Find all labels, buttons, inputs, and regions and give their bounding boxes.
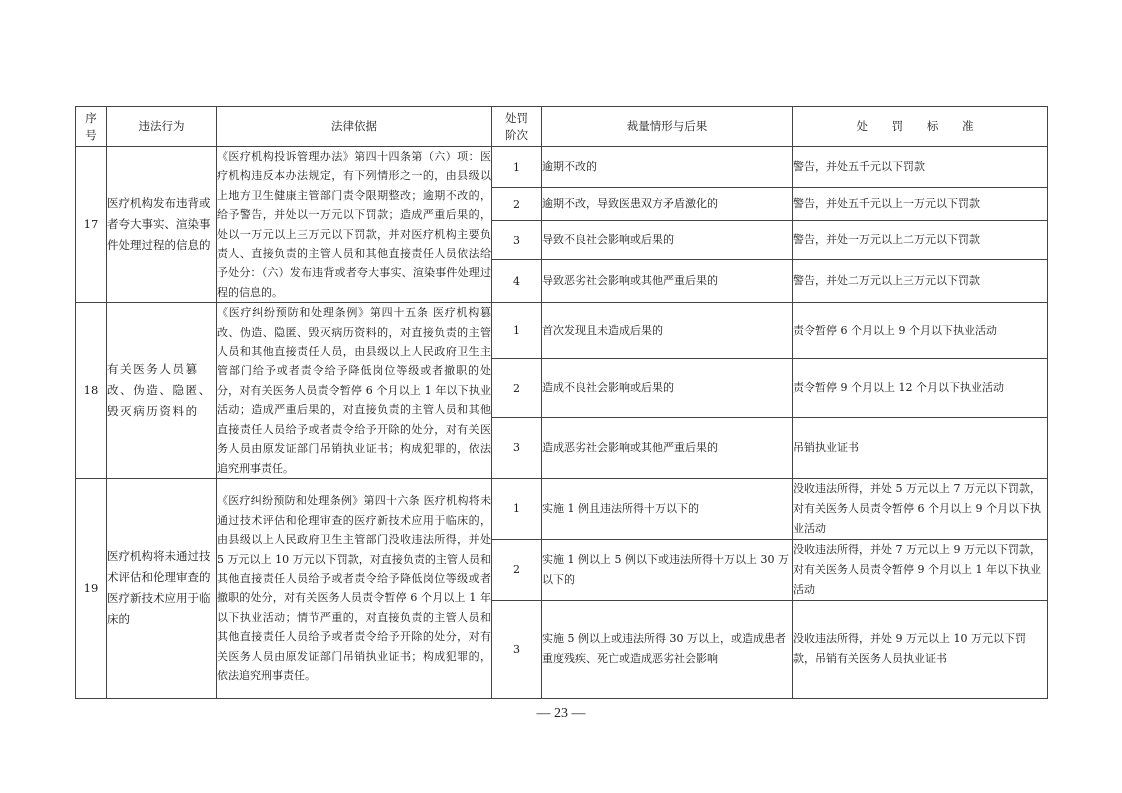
stage-number: 2 [492, 188, 542, 221]
stage-number: 1 [492, 478, 542, 539]
document-page: 序 号 违法行为 法律依据 处罚 阶次 裁量情形与后果 处 罚 标 准 17 医… [0, 0, 1122, 793]
stage-condition: 造成不良社会影响或后果的 [542, 359, 793, 417]
stage-condition: 实施 1 例且违法所得十万以下的 [542, 478, 793, 539]
header-stage-line1: 处罚 [492, 110, 541, 127]
stage-condition: 首次发现且未造成后果的 [542, 303, 793, 359]
stage-condition: 逾期不改，导致医患双方矛盾激化的 [542, 188, 793, 221]
stage-condition: 导致恶劣社会影响或其他严重后果的 [542, 260, 793, 303]
stage-number: 3 [492, 417, 542, 478]
stage-number: 2 [492, 359, 542, 417]
header-basis: 法律依据 [217, 107, 492, 147]
stage-standard: 吊销执业证书 [793, 417, 1048, 478]
row-seq: 18 [76, 303, 107, 479]
table-row: 19 医疗机构将未通过技术评估和伦理审查的医疗新技术应用于临床的 《医疗纠纷预防… [76, 478, 1048, 539]
row-basis: 《医疗纠纷预防和处理条例》第四十五条 医疗机构篡改、伪造、隐匿、毁灭病历资料的，… [217, 303, 492, 479]
page-number: — 23 — [0, 706, 1122, 722]
header-standard: 处 罚 标 准 [793, 107, 1048, 147]
row-act: 有关医务人员篡改、伪造、隐匿、毁灭病历资料的 [107, 303, 217, 479]
stage-standard: 没收违法所得，并处 5 万元以上 7 万元以下罚款，对有关医务人员责令暂停 6 … [793, 478, 1048, 539]
stage-standard: 警告，并处五千元以下罚款 [793, 147, 1048, 188]
stage-condition: 实施 1 例以上 5 例以下或违法所得十万以上 30 万以下的 [542, 539, 793, 600]
header-seq-line1: 序 [76, 110, 106, 127]
stage-number: 4 [492, 260, 542, 303]
stage-condition: 逾期不改的 [542, 147, 793, 188]
row-basis: 《医疗机构投诉管理办法》第四十四条第（六）项：医疗机构违反本办法规定，有下列情形… [217, 147, 492, 303]
row-act: 医疗机构将未通过技术评估和伦理审查的医疗新技术应用于临床的 [107, 478, 217, 698]
stage-standard: 责令暂停 9 个月以上 12 个月以下执业活动 [793, 359, 1048, 417]
stage-condition: 导致不良社会影响或后果的 [542, 221, 793, 260]
stage-standard: 没收违法所得，并处 7 万元以上 9 万元以下罚款，对有关医务人员责令暂停 9 … [793, 539, 1048, 600]
row-seq: 19 [76, 478, 107, 698]
header-stage: 处罚 阶次 [492, 107, 542, 147]
stage-standard: 没收违法所得，并处 9 万元以上 10 万元以下罚款，吊销有关医务人员执业证书 [793, 600, 1048, 698]
table-row: 17 医疗机构发布违背或者夸大事实、渲染事件处理过程的信息的 《医疗机构投诉管理… [76, 147, 1048, 188]
header-seq-line2: 号 [76, 127, 106, 144]
row-act: 医疗机构发布违背或者夸大事实、渲染事件处理过程的信息的 [107, 147, 217, 303]
header-seq: 序 号 [76, 107, 107, 147]
table-row: 18 有关医务人员篡改、伪造、隐匿、毁灭病历资料的 《医疗纠纷预防和处理条例》第… [76, 303, 1048, 359]
stage-condition: 造成恶劣社会影响或其他严重后果的 [542, 417, 793, 478]
table-header-row: 序 号 违法行为 法律依据 处罚 阶次 裁量情形与后果 处 罚 标 准 [76, 107, 1048, 147]
stage-standard: 警告，并处二万元以上三万元以下罚款 [793, 260, 1048, 303]
header-stage-line2: 阶次 [492, 127, 541, 144]
stage-standard: 警告，并处五千元以上一万元以下罚款 [793, 188, 1048, 221]
header-act: 违法行为 [107, 107, 217, 147]
stage-number: 1 [492, 303, 542, 359]
stage-standard: 警告，并处一万元以上二万元以下罚款 [793, 221, 1048, 260]
stage-number: 3 [492, 600, 542, 698]
stage-condition: 实施 5 例以上或违法所得 30 万以上，或造成患者重度残疾、死亡或造成恶劣社会… [542, 600, 793, 698]
stage-number: 2 [492, 539, 542, 600]
row-seq: 17 [76, 147, 107, 303]
row-basis: 《医疗纠纷预防和处理条例》第四十六条 医疗机构将未通过技术评估和伦理审查的医疗新… [217, 478, 492, 698]
stage-number: 3 [492, 221, 542, 260]
penalty-discretion-table: 序 号 违法行为 法律依据 处罚 阶次 裁量情形与后果 处 罚 标 准 17 医… [75, 106, 1048, 699]
header-condition: 裁量情形与后果 [542, 107, 793, 147]
stage-standard: 责令暂停 6 个月以上 9 个月以下执业活动 [793, 303, 1048, 359]
stage-number: 1 [492, 147, 542, 188]
